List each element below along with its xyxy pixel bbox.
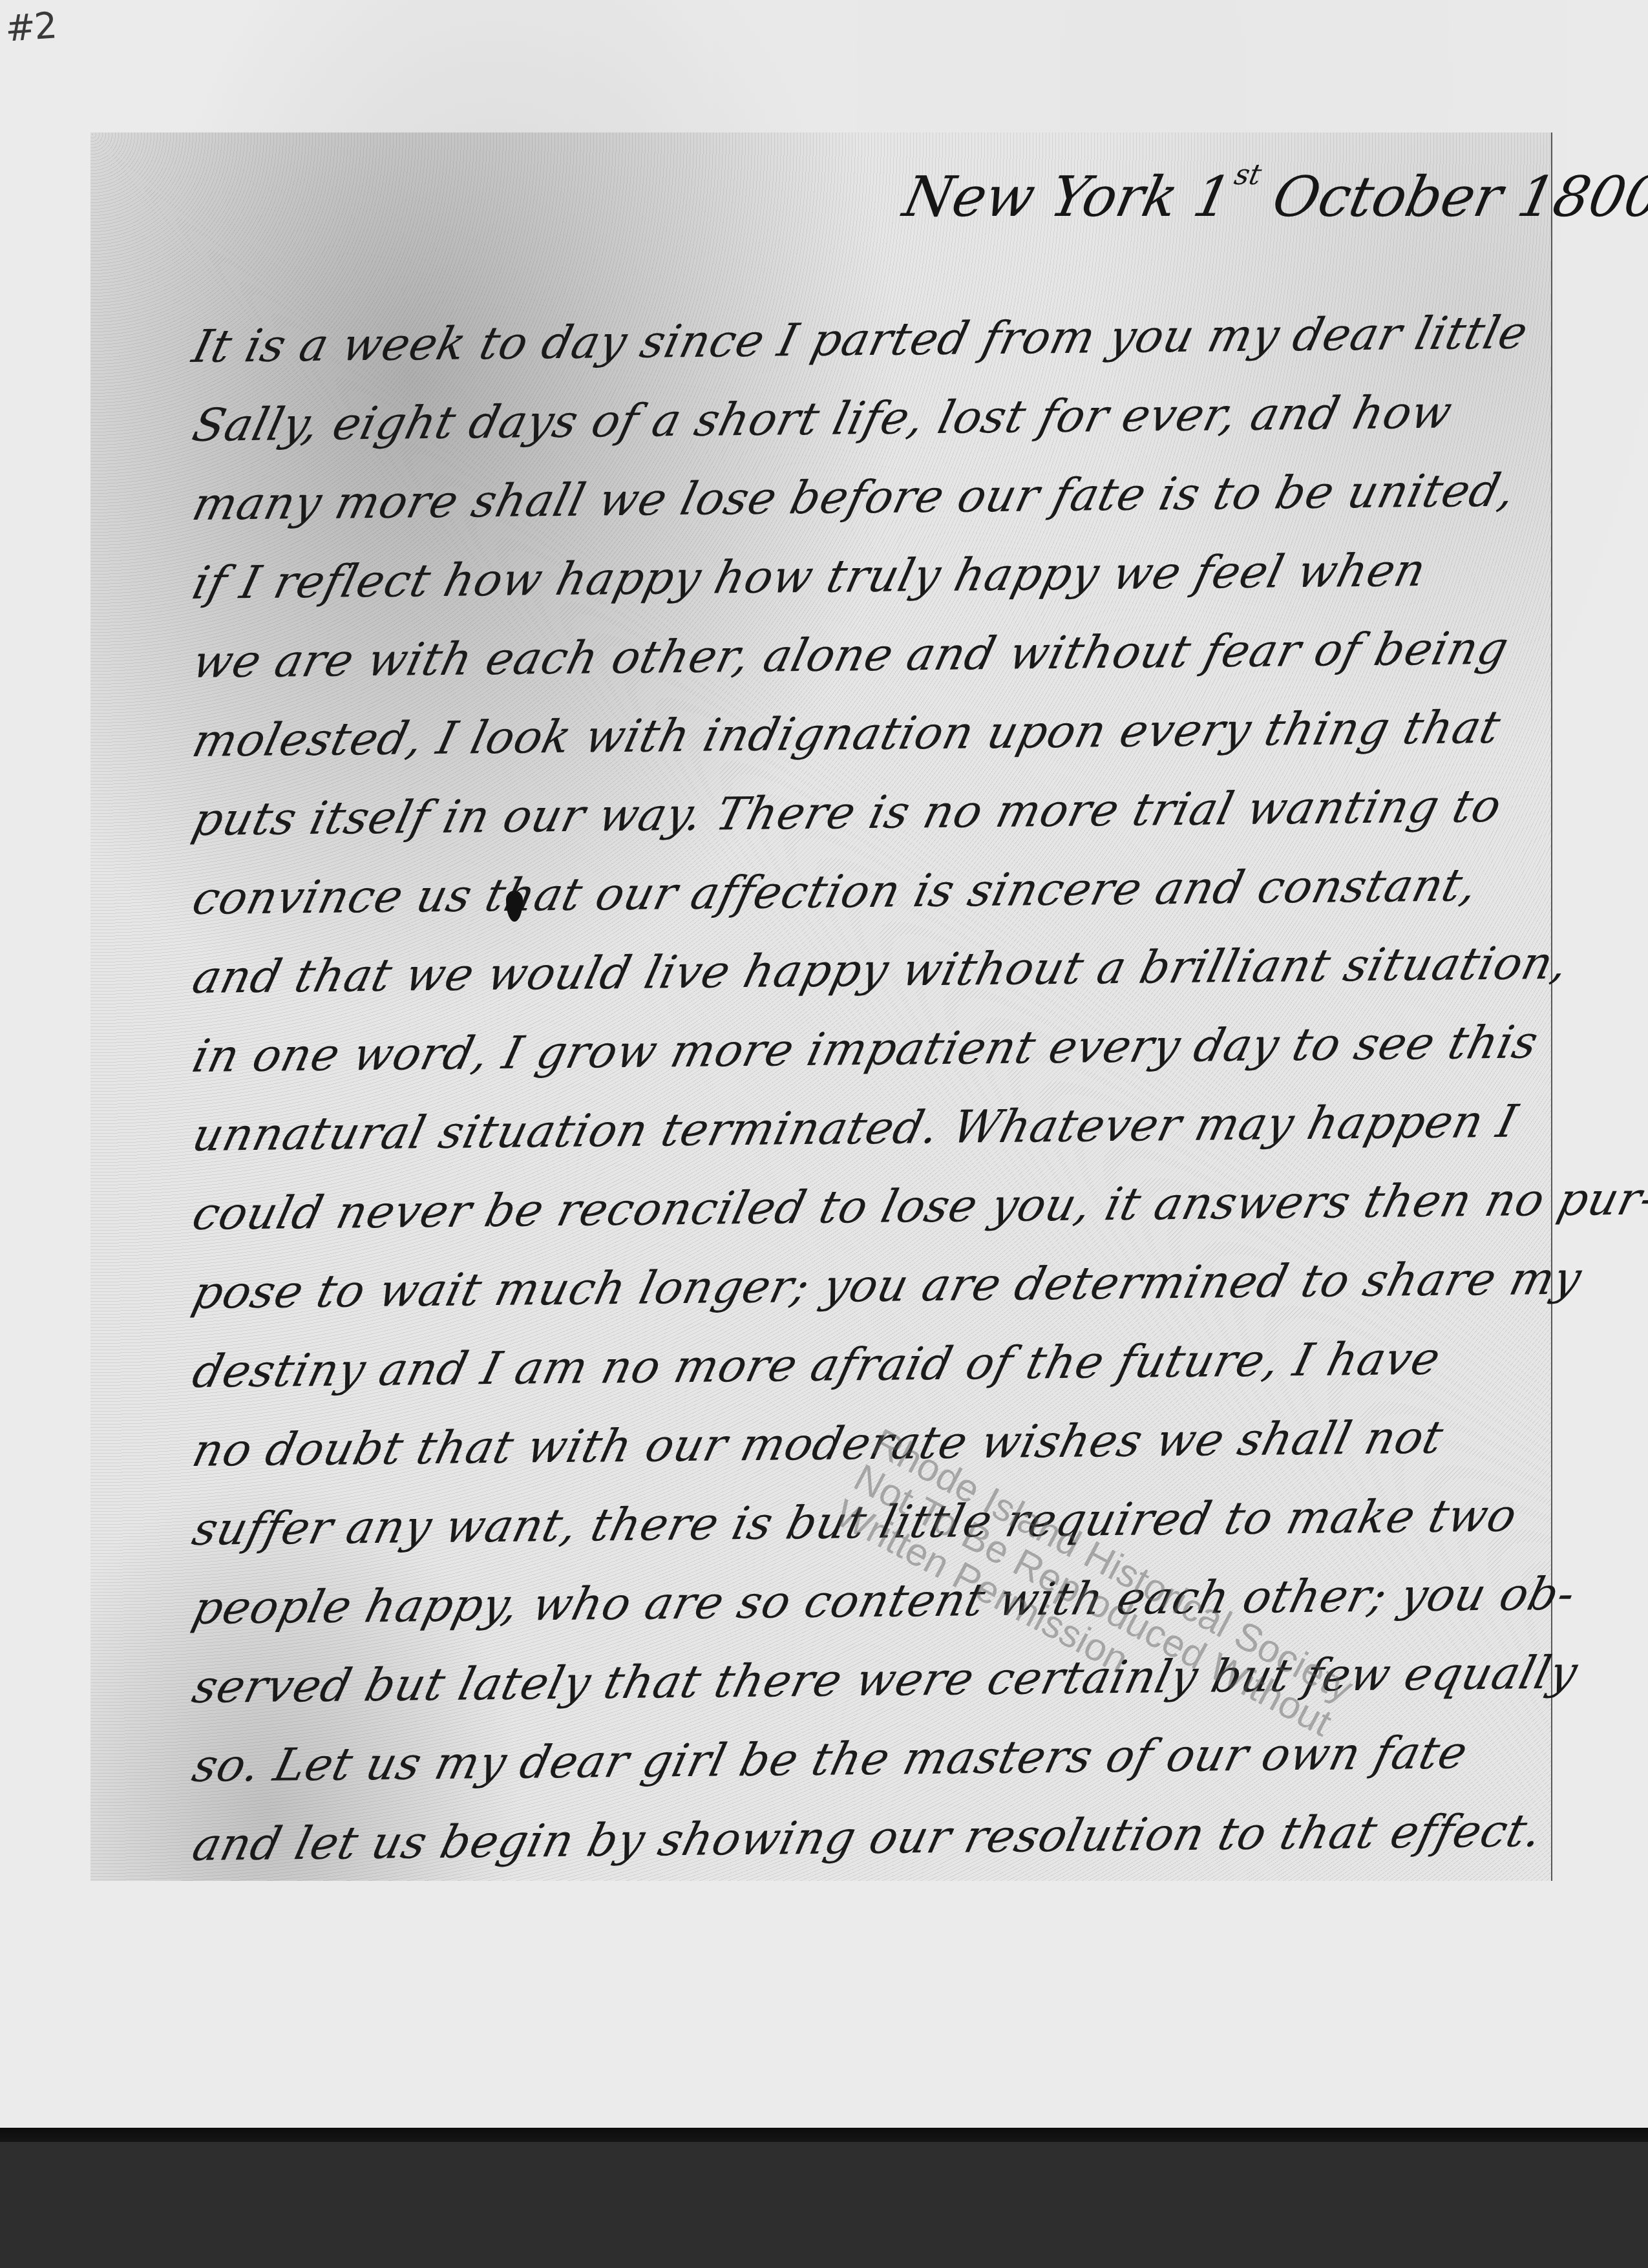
letter-line: we are with each other, alone and withou…: [184, 608, 1550, 701]
letter-line: no doubt that with our moderate wishes w…: [184, 1397, 1550, 1490]
letter-line: and that we would live happy without a b…: [184, 924, 1550, 1017]
letter-line: unnatural situation terminated. Whatever…: [184, 1081, 1550, 1174]
dateline-day: 1: [1188, 165, 1237, 229]
letter-line: served but lately that there were certai…: [184, 1633, 1550, 1726]
scanner-edge-band: [0, 2128, 1648, 2142]
letter-line: could never be reconciled to lose you, i…: [184, 1160, 1550, 1253]
letter-line: puts itself in our way. There is no more…: [184, 766, 1550, 859]
letter-line: so. Let us my dear girl be the masters o…: [184, 1712, 1550, 1805]
scanner-bed-background: [0, 2142, 1648, 2268]
letter-line: if I reflect how happy how truly happy w…: [184, 529, 1550, 622]
letter-line: Sally, eight days of a short life, lost …: [184, 372, 1550, 465]
paper-sheet: #2 New York 1st October 1800. It is a we…: [0, 0, 1648, 2128]
letter-line: people happy, who are so content with ea…: [184, 1554, 1550, 1648]
letter-line: It is a week to day since I parted from …: [184, 293, 1550, 386]
letter-line: suffer any want, there is but little req…: [184, 1476, 1550, 1569]
dateline-place: New York: [898, 165, 1184, 229]
letter-line: many more shall we lose before our fate …: [184, 450, 1550, 544]
letter-line: and let us begin by showing our resoluti…: [184, 1791, 1550, 1884]
letter-line: convince us that our affection is sincer…: [184, 845, 1550, 938]
page-number-mark: #2: [4, 5, 58, 50]
letter-body: It is a week to day since I parted from …: [194, 307, 1538, 1884]
letter-line: molested, I look with indignation upon e…: [184, 687, 1550, 780]
dateline-month-year: October 1800.: [1267, 165, 1648, 229]
letter-dateline: New York 1st October 1800.: [898, 165, 1648, 229]
letter-line: destiny and I am no more afraid of the f…: [184, 1318, 1550, 1411]
letter-line: in one word, I grow more impatient every…: [184, 1002, 1550, 1096]
dateline-day-suffix: st: [1231, 158, 1264, 191]
letter-line: pose to wait much longer; you are determ…: [184, 1239, 1550, 1332]
